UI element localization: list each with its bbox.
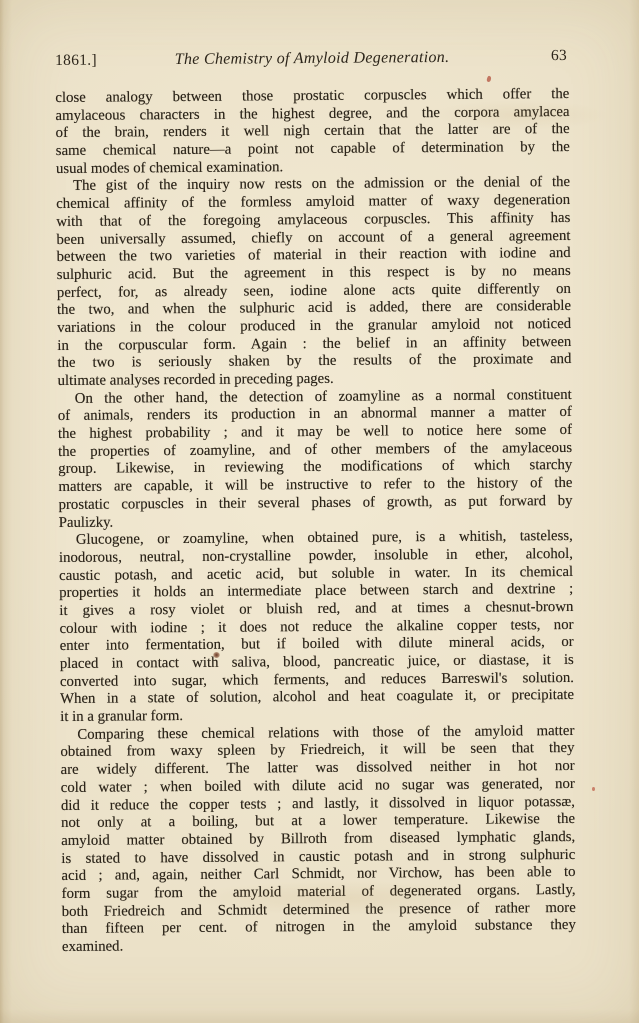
page-number: 63 <box>551 47 567 65</box>
paragraph: The gist of the inquiry now rests on the… <box>56 174 572 390</box>
paper-stain <box>190 880 490 916</box>
paragraph: Comparing these chemical relations with … <box>60 723 576 957</box>
ink-blot <box>213 652 220 658</box>
paragraph: On the other hand, the detection of zoam… <box>58 387 573 533</box>
page-header: 1861.] The Chemistry of Amyloid Degenera… <box>55 48 569 74</box>
paragraph: Glucogene, or zoamyline, when obtained p… <box>59 528 575 727</box>
page-body: close analogy between those prostatic co… <box>55 86 576 957</box>
paper-stain <box>430 100 610 130</box>
red-speck <box>592 787 595 791</box>
book-page: 1861.] The Chemistry of Amyloid Degenera… <box>0 0 639 1023</box>
running-title: The Chemistry of Amyloid Degeneration. <box>55 48 569 70</box>
page-content: 1861.] The Chemistry of Amyloid Degenera… <box>55 48 576 957</box>
